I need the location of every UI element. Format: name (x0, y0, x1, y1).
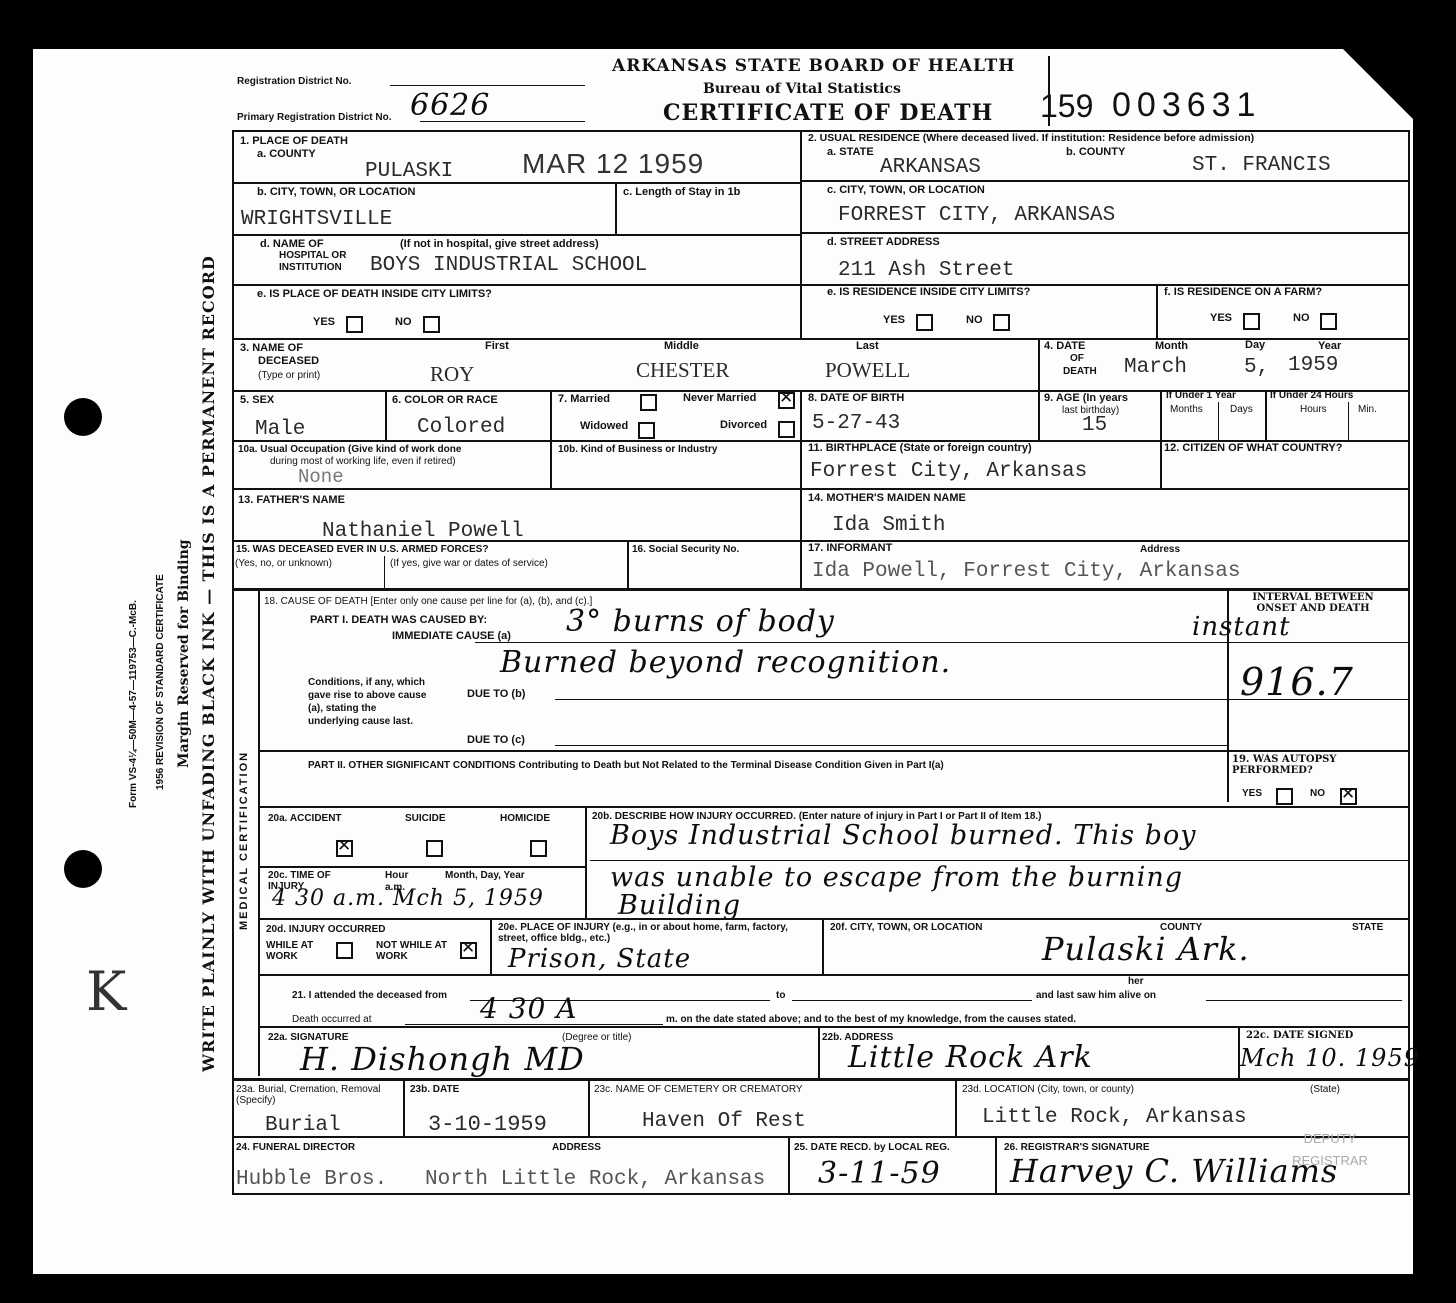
funeral-address: North Little Rock, Arkansas (425, 1168, 765, 1191)
armed-forces-label: 15. WAS DECEASED EVER IN U.S. ARMED FORC… (236, 544, 488, 555)
no-label: NO (1293, 312, 1310, 324)
death-month: March (1124, 356, 1187, 379)
certificate-title: CERTIFICATE OF DEATH (663, 100, 993, 126)
sex-value: Male (255, 418, 305, 441)
cemetery-label: 23c. NAME OF CEMETERY OR CREMATORY (594, 1084, 803, 1095)
yes-label: YES (1210, 312, 1232, 324)
interval-value: instant (1192, 612, 1291, 642)
farm-yes-checkbox[interactable] (1243, 313, 1260, 330)
yes-label: YES (313, 316, 335, 328)
conditions-note: Conditions, if any, which gave rise to a… (308, 676, 428, 728)
date-received: 3-11-59 (818, 1156, 941, 1191)
margin-mark: K (86, 960, 127, 1023)
county-label: a. COUNTY (257, 148, 316, 160)
yes-label: YES (1242, 788, 1262, 799)
residence-county: ST. FRANCIS (1192, 154, 1331, 177)
year-prefix: 159 (1040, 88, 1093, 125)
cause-of-death-label: 18. CAUSE OF DEATH [Enter only one cause… (264, 596, 592, 607)
hospital-name: BOYS INDUSTRIAL SCHOOL (370, 254, 647, 277)
death-time: 4 30 A (480, 992, 577, 1025)
dob-label: 8. DATE OF BIRTH (808, 392, 904, 404)
father-label: 13. FATHER'S NAME (238, 494, 345, 506)
inside-city-yes-checkbox[interactable] (346, 316, 363, 333)
date-received-label: 25. DATE RECD. by LOCAL REG. (794, 1142, 950, 1153)
part-2-label: PART II. OTHER SIGNIFICANT CONDITIONS Co… (308, 760, 944, 771)
autopsy-no-checkbox[interactable] (1340, 788, 1357, 805)
hour-label: Hour (385, 870, 408, 881)
industry-label: 10b. Kind of Business or Industry (558, 444, 717, 455)
married-label: 7. Married (558, 393, 610, 405)
birthplace-value: Forrest City, Arkansas (810, 460, 1087, 483)
name-label-2: DECEASED (258, 355, 319, 367)
permanent-record-note: WRITE PLAINLY WITH UNFADING BLACK INK — … (199, 255, 218, 1072)
city-label: c. CITY, TOWN, OR LOCATION (827, 184, 985, 196)
burial-state-label: (State) (1310, 1084, 1340, 1095)
not-while-at-work-label: NOT WHILE AT WORK (376, 940, 456, 962)
inside-city-label: e. IS RESIDENCE INSIDE CITY LIMITS? (827, 286, 1030, 298)
min-label: Min. (1358, 404, 1377, 415)
injury-description-line-1: Boys Industrial School burned. This boy (610, 820, 1196, 851)
injury-description-line-3: Building (618, 890, 741, 921)
injury-occurred-label: 20d. INJURY OCCURRED (266, 924, 385, 935)
month-day-year-label: Month, Day, Year (445, 870, 525, 881)
date-of-birth: 5-27-43 (812, 412, 900, 435)
registrar-signature: Harvey C. Williams (1010, 1152, 1338, 1190)
accident-checkbox[interactable] (336, 840, 353, 857)
usual-residence-label: 2. USUAL RESIDENCE (Where deceased lived… (808, 132, 1254, 144)
no-label: NO (966, 314, 983, 326)
disease-code: 916.7 (1240, 660, 1354, 704)
funeral-director: Hubble Bros. (236, 1168, 387, 1191)
cemetery-name: Haven Of Rest (642, 1110, 806, 1133)
under-24-hours-label: If Under 24 Hours (1270, 390, 1353, 401)
farm-label: f. IS RESIDENCE ON A FARM? (1164, 286, 1322, 298)
revision-note: 1956 REVISION OF STANDARD CERTIFICATE (155, 574, 167, 790)
bureau-name: Bureau of Vital Statistics (703, 81, 901, 97)
medical-certification-label: MEDICAL CERTIFICATION (238, 751, 250, 930)
her-label: her (1128, 976, 1144, 987)
received-stamp: MAR 12 1959 (522, 148, 704, 180)
registration-district-label: Registration District No. (237, 76, 351, 87)
county-label: b. COUNTY (1066, 146, 1125, 158)
never-married-checkbox[interactable] (778, 392, 795, 409)
injury-city-label: 20f. CITY, TOWN, OR LOCATION (830, 922, 982, 933)
age-value: 15 (1082, 414, 1107, 437)
no-label: NO (1310, 788, 1325, 799)
mother-label: 14. MOTHER'S MAIDEN NAME (808, 492, 966, 504)
informant-address-label: Address (1140, 544, 1180, 555)
cause-line-2: Burned beyond recognition. (500, 645, 951, 680)
accident-label: 20a. ACCIDENT (268, 813, 342, 824)
informant-label: 17. INFORMANT (808, 542, 892, 554)
not-while-at-work-checkbox[interactable] (460, 942, 477, 959)
informant-value: Ida Powell, Forrest City, Arkansas (812, 560, 1240, 583)
state-label: a. STATE (827, 146, 874, 158)
interval-label: INTERVAL BETWEEN ONSET AND DEATH (1238, 592, 1388, 614)
ssn-label: 16. Social Security No. (632, 544, 739, 555)
date-signed: Mch 10. 1959 (1240, 1044, 1420, 1072)
physician-address: Little Rock Ark (848, 1040, 1093, 1075)
inside-city-label: e. IS PLACE OF DEATH INSIDE CITY LIMITS? (257, 288, 492, 300)
months-label: Months (1170, 404, 1203, 415)
suicide-checkbox[interactable] (426, 840, 443, 857)
first-label: First (485, 340, 509, 352)
race-value: Colored (417, 416, 505, 439)
place-of-injury: Prison, State (508, 944, 691, 974)
armed-forces-label-3: (If yes, give war or dates of service) (390, 558, 548, 569)
time-of-injury: 4 30 a.m. Mch 5, 1959 (272, 886, 544, 911)
sex-label: 5. SEX (240, 394, 274, 406)
due-to-c-label: DUE TO (c) (467, 734, 525, 746)
never-married-label: Never Married (683, 392, 756, 404)
physician-signature: H. Dishongh MD (300, 1040, 585, 1078)
certificate-number: 003631 (1112, 86, 1261, 125)
immediate-cause: 3° burns of body (566, 604, 835, 639)
autopsy-yes-checkbox[interactable] (1276, 788, 1293, 805)
while-at-work-checkbox[interactable] (336, 942, 353, 959)
burial-location-label: 23d. LOCATION (City, town, or county) (962, 1084, 1134, 1095)
binding-note: Margin Reserved for Binding (176, 539, 192, 768)
date-of-death-label-3: DEATH (1063, 366, 1097, 377)
board-name: ARKANSAS STATE BOARD OF HEALTH (612, 56, 1015, 76)
last-saw-label: and last saw him alive on (1036, 990, 1156, 1001)
age-label: 9. AGE (In years (1044, 392, 1128, 404)
death-county: PULASKI (365, 160, 453, 183)
punch-hole (64, 850, 102, 888)
occupation-label: 10a. Usual Occupation (Give kind of work… (238, 444, 461, 455)
deceased-middle-name: CHESTER (636, 358, 729, 383)
city-label: b. CITY, TOWN, OR LOCATION (257, 186, 415, 198)
year-label: Year (1318, 340, 1341, 352)
death-occurred-statement: m. on the date stated above; and to the … (666, 1014, 1076, 1025)
widowed-label: Widowed (580, 420, 628, 432)
length-of-stay-label: c. Length of Stay in 1b (623, 186, 740, 198)
divorced-label: Divorced (720, 419, 767, 431)
hours-label: Hours (1300, 404, 1327, 415)
occupation-value: None (298, 466, 344, 488)
death-year: 1959 (1288, 354, 1338, 377)
yes-label: YES (883, 314, 905, 326)
month-label: Month (1155, 340, 1188, 352)
to-label: to (776, 990, 785, 1001)
injury-description-line-2: was unable to escape from the burning (610, 862, 1183, 893)
form-number: Form VS-4¼—50M—4-57—119753—C.-McB. (128, 600, 140, 808)
middle-label: Middle (664, 340, 699, 352)
residence-inside-city-yes-checkbox[interactable] (916, 314, 933, 331)
divorced-checkbox[interactable] (778, 421, 795, 438)
homicide-label: HOMICIDE (500, 813, 550, 824)
primary-registration-district-value: 6626 (410, 88, 490, 123)
farm-no-checkbox[interactable] (1320, 313, 1337, 330)
race-label: 6. COLOR OR RACE (392, 394, 498, 406)
hospital-label-2: HOSPITAL OR (279, 250, 346, 261)
date-of-death-label-2: OF (1070, 353, 1084, 364)
place-of-death-label: 1. PLACE OF DEATH (240, 135, 348, 147)
date-signed-label: 22c. DATE SIGNED (1246, 1030, 1353, 1041)
disposition-label: 23a. Burial, Cremation, Removal (Specify… (236, 1084, 386, 1106)
deceased-last-name: POWELL (825, 358, 910, 383)
injury-state-label: STATE (1352, 922, 1383, 933)
citizen-label: 12. CITIZEN OF WHAT COUNTRY? (1164, 442, 1342, 454)
no-label: NO (395, 316, 412, 328)
married-checkbox[interactable] (640, 394, 657, 411)
disposition-type: Burial (265, 1114, 341, 1137)
due-to-b-label: DUE TO (b) (467, 688, 525, 700)
residence-city: FORREST CITY, ARKANSAS (838, 204, 1115, 227)
last-label: Last (856, 340, 879, 352)
burial-date: 3-10-1959 (428, 1112, 547, 1137)
while-at-work-label: WHILE AT WORK (266, 940, 326, 962)
mother-maiden-name: Ida Smith (832, 514, 945, 537)
date-of-death-label: 4. DATE (1044, 340, 1085, 352)
funeral-address-label: ADDRESS (552, 1142, 601, 1153)
burial-date-label: 23b. DATE (410, 1084, 459, 1095)
name-label: 3. NAME OF (240, 342, 303, 354)
suicide-label: SUICIDE (405, 813, 446, 824)
attended-label: 21. I attended the deceased from (292, 990, 447, 1001)
autopsy-label: 19. WAS AUTOPSY PERFORMED? (1232, 754, 1402, 776)
homicide-checkbox[interactable] (530, 840, 547, 857)
street-label: d. STREET ADDRESS (827, 236, 940, 248)
residence-state: ARKANSAS (880, 156, 981, 179)
days-label: Days (1230, 404, 1253, 415)
deceased-first-name: ROY (430, 362, 474, 387)
hospital-note: (If not in hospital, give street address… (400, 238, 599, 250)
punch-hole (64, 398, 102, 436)
funeral-director-label: 24. FUNERAL DIRECTOR (236, 1142, 355, 1153)
birthplace-label: 11. BIRTHPLACE (State or foreign country… (808, 442, 1032, 454)
part-1-label: PART I. DEATH WAS CAUSED BY: (310, 614, 487, 626)
primary-registration-district-label: Primary Registration District No. (237, 112, 391, 123)
death-city: WRIGHTSVILLE (241, 208, 392, 231)
hospital-label: d. NAME OF (260, 238, 324, 250)
injury-location: Pulaski Ark. (1042, 930, 1250, 968)
death-occurred-label: Death occurred at (292, 1014, 372, 1025)
death-day: 5, (1244, 356, 1269, 379)
immediate-cause-label: IMMEDIATE CAUSE (a) (392, 630, 511, 642)
inside-city-no-checkbox[interactable] (423, 316, 440, 333)
residence-inside-city-no-checkbox[interactable] (993, 314, 1010, 331)
place-of-injury-label: 20e. PLACE OF INJURY (e.g., in or about … (498, 922, 818, 944)
under-1-year-label: If Under 1 Year (1166, 390, 1236, 401)
armed-forces-label-2: (Yes, no, or unknown) (235, 558, 332, 569)
burial-location: Little Rock, Arkansas (982, 1106, 1247, 1129)
hospital-label-3: INSTITUTION (279, 262, 342, 273)
day-label: Day (1245, 339, 1265, 351)
name-label-3: (Type or print) (258, 370, 320, 381)
residence-street: 211 Ash Street (838, 259, 1014, 282)
widowed-checkbox[interactable] (638, 422, 655, 439)
